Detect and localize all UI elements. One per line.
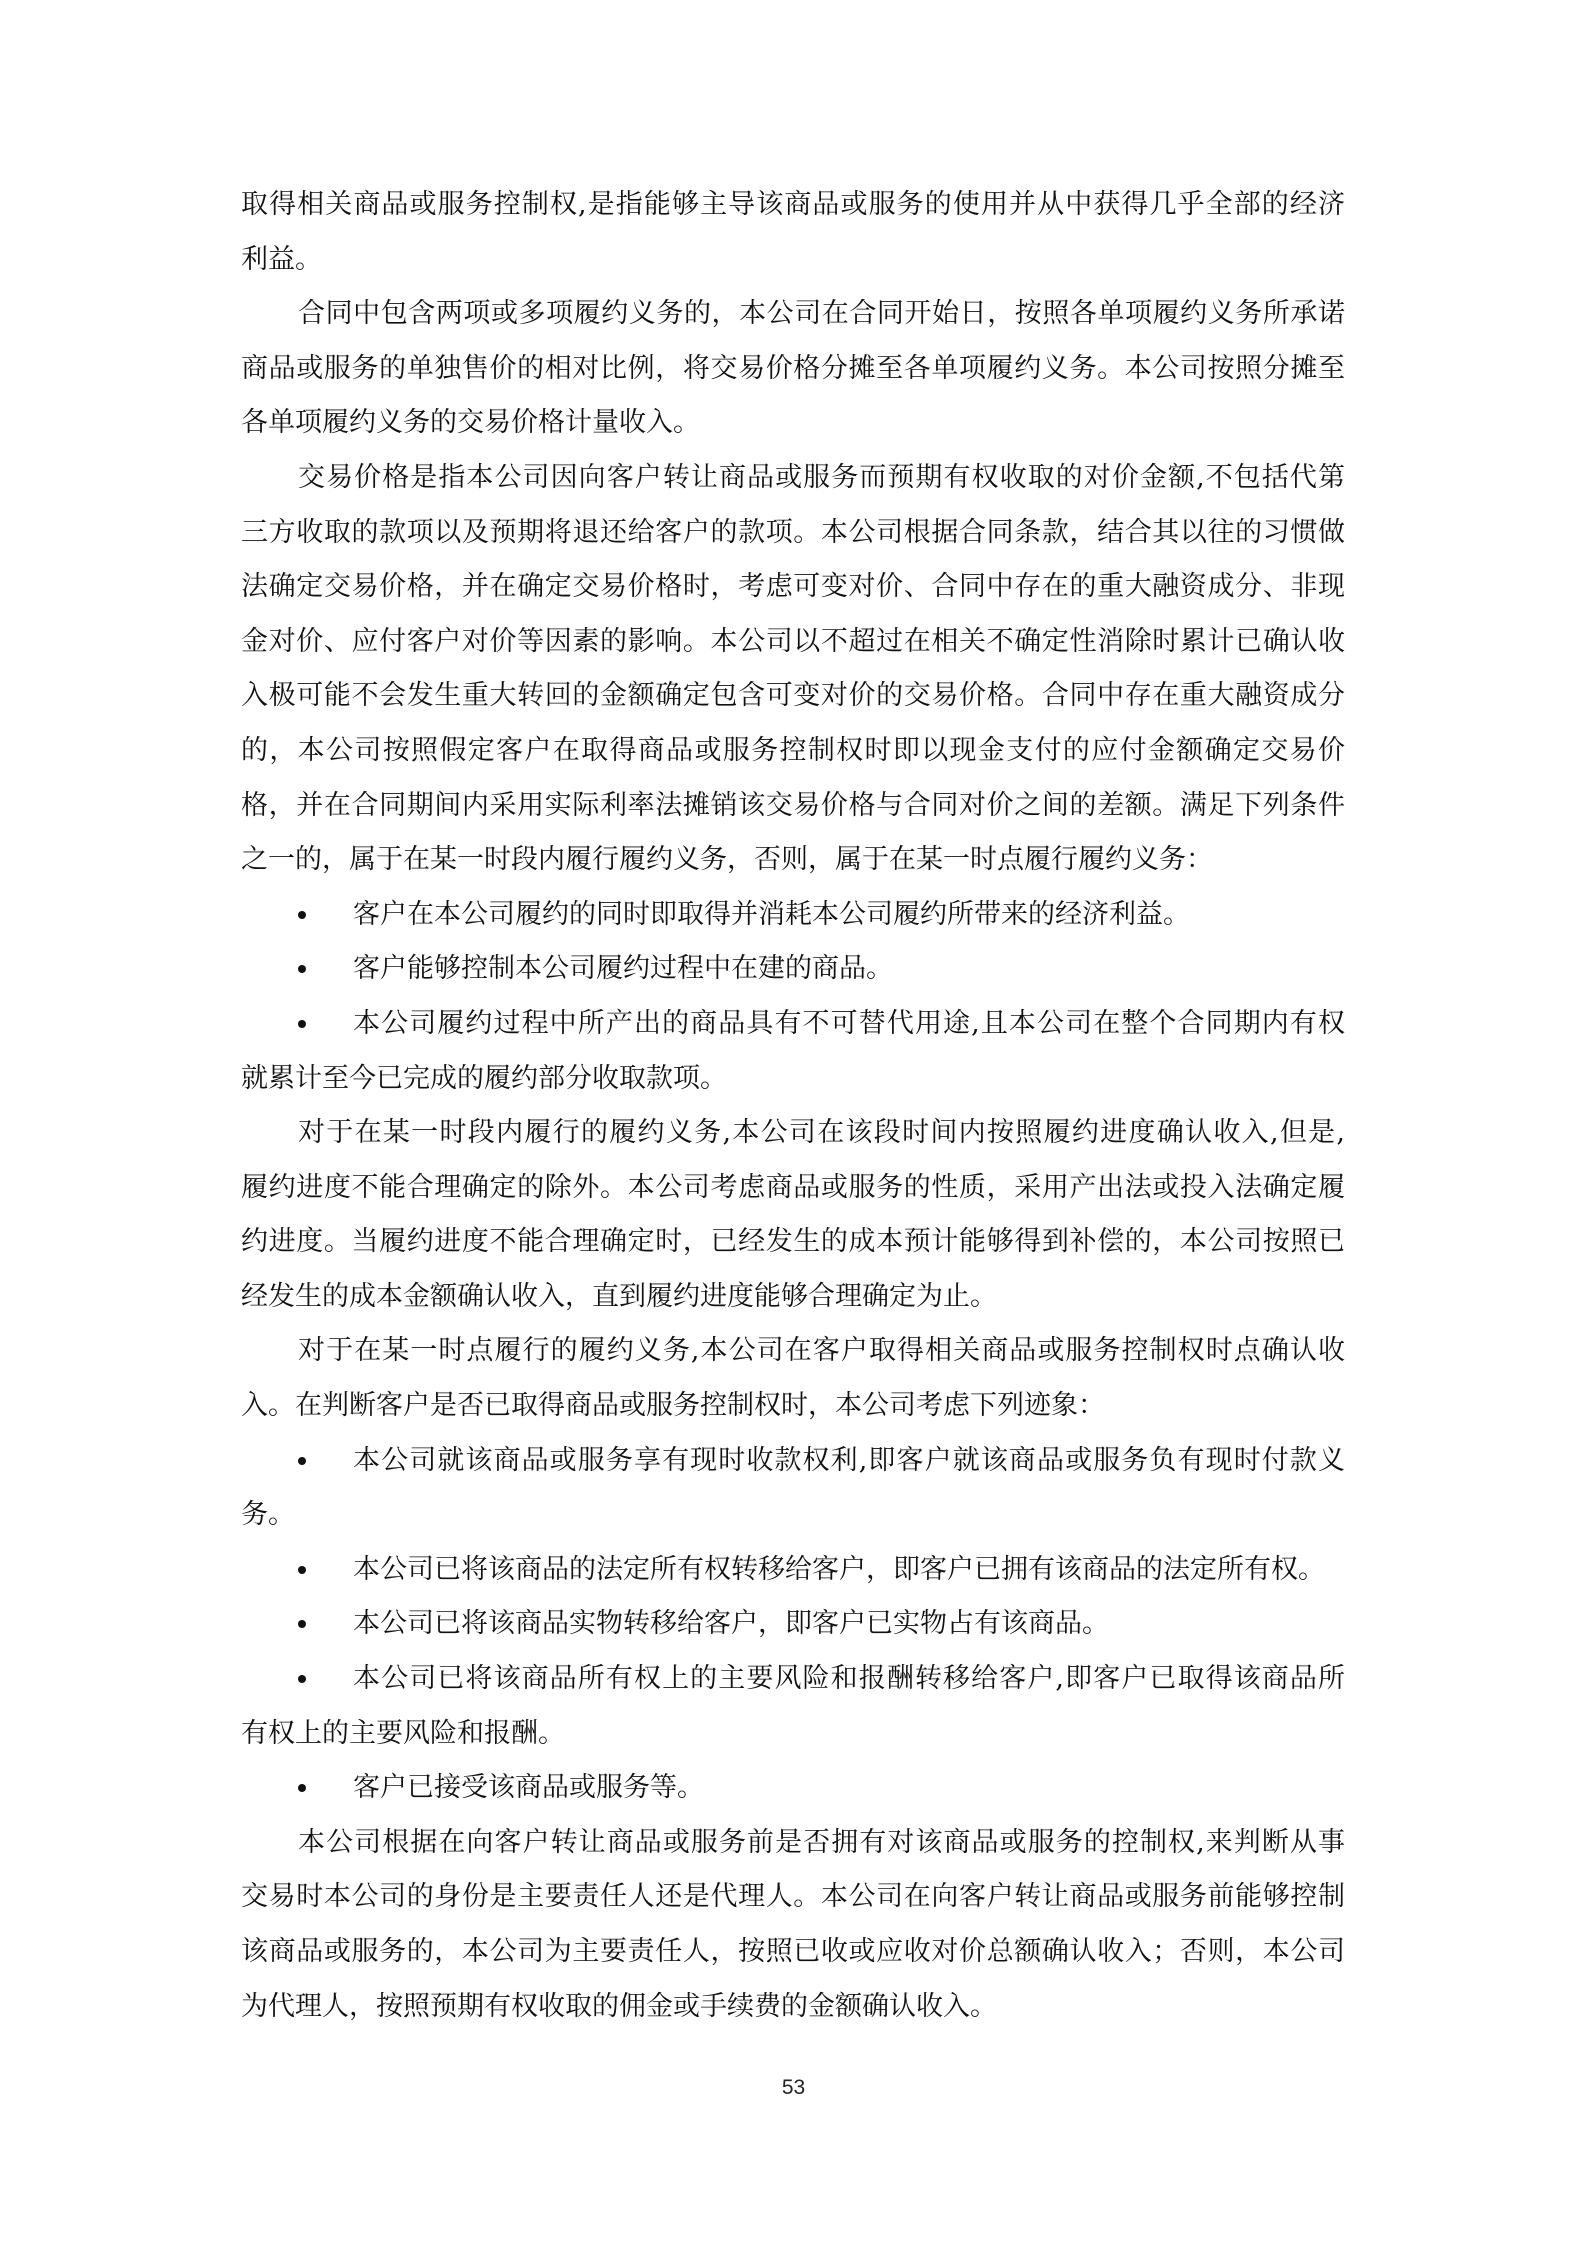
bullet-list-item-line: 本公司已将该商品实物转移给客户，即客户已实物占有该商品。 bbox=[241, 1601, 1345, 1656]
paragraph-line: 交易时本公司的身份是主要责任人还是代理人。本公司在向客户转让商品或服务前能够控制 bbox=[241, 1874, 1345, 1929]
bullet-icon bbox=[298, 1784, 306, 1792]
line-text: 三方收取的款项以及预期将退还给客户的款项。本公司根据合同条款，结合其以往的习惯做 bbox=[241, 510, 1345, 556]
bullet-list-item-line: 客户在本公司履约的同时即取得并消耗本公司履约所带来的经济利益。 bbox=[241, 892, 1345, 947]
paragraph-line: 之一的，属于在某一时段内履行履约义务，否则，属于在某一时点履行履约义务： bbox=[241, 837, 1345, 892]
paragraph-line: 履约进度不能合理确定的除外。本公司考虑商品或服务的性质，采用产出法或投入法确定履 bbox=[241, 1165, 1345, 1220]
line-text: 本公司就该商品或服务享有现时收款权利,即客户就该商品或服务负有现时付款义 bbox=[353, 1438, 1345, 1484]
page-number: 53 bbox=[0, 2076, 1587, 2100]
bullet-icon bbox=[298, 1566, 306, 1574]
line-text: 履约进度不能合理确定的除外。本公司考虑商品或服务的性质，采用产出法或投入法确定履 bbox=[241, 1165, 1345, 1211]
line-text: 对于在某一时点履行的履约义务,本公司在客户取得相关商品或服务控制权时点确认收 bbox=[298, 1328, 1345, 1374]
paragraph-line: 格，并在合同期间内采用实际利率法摊销该交易价格与合同对价之间的差额。满足下列条件 bbox=[241, 783, 1345, 838]
line-text: 法确定交易价格，并在确定交易价格时，考虑可变对价、合同中存在的重大融资成分、非现 bbox=[241, 564, 1345, 610]
bullet-icon bbox=[298, 1457, 306, 1465]
line-text: 有权上的主要风险和报酬。 bbox=[241, 1711, 1345, 1757]
document-body: 取得相关商品或服务控制权,是指能够主导该商品或服务的使用并从中获得几乎全部的经济… bbox=[241, 182, 1345, 2038]
line-text: 的，本公司按照假定客户在取得商品或服务控制权时即以现金支付的应付金额确定交易价 bbox=[241, 728, 1345, 774]
bullet-list-item-line: 本公司就该商品或服务享有现时收款权利,即客户就该商品或服务负有现时付款义 bbox=[241, 1438, 1345, 1493]
line-text: 约进度。当履约进度不能合理确定时，已经发生的成本预计能够得到补偿的，本公司按照已 bbox=[241, 1219, 1345, 1265]
paragraph-line: 法确定交易价格，并在确定交易价格时，考虑可变对价、合同中存在的重大融资成分、非现 bbox=[241, 564, 1345, 619]
paragraph-line: 金对价、应付客户对价等因素的影响。本公司以不超过在相关不确定性消除时累计已确认收 bbox=[241, 619, 1345, 674]
line-text: 客户已接受该商品或服务等。 bbox=[353, 1765, 1345, 1811]
paragraph-line: 就累计至今已完成的履约部分收取款项。 bbox=[241, 1056, 1345, 1111]
paragraph-line: 各单项履约义务的交易价格计量收入。 bbox=[241, 400, 1345, 455]
bullet-list-item-line: 本公司已将该商品的法定所有权转移给客户，即客户已拥有该商品的法定所有权。 bbox=[241, 1547, 1345, 1602]
line-text: 本公司履约过程中所产出的商品具有不可替代用途,且本公司在整个合同期内有权 bbox=[353, 1001, 1345, 1047]
bullet-list-item-line: 本公司已将该商品所有权上的主要风险和报酬转移给客户,即客户已取得该商品所 bbox=[241, 1656, 1345, 1711]
paragraph-line: 为代理人，按照预期有权收取的佣金或手续费的金额确认收入。 bbox=[241, 1984, 1345, 2039]
paragraph-line: 入极可能不会发生重大转回的金额确定包含可变对价的交易价格。合同中存在重大融资成分 bbox=[241, 673, 1345, 728]
line-text: 对于在某一时段内履行的履约义务,本公司在该段时间内按照履约进度确认收入,但是, bbox=[298, 1110, 1345, 1156]
line-text: 交易价格是指本公司因向客户转让商品或服务而预期有权收取的对价金额,不包括代第 bbox=[298, 455, 1345, 501]
paragraph-line: 经发生的成本金额确认收入，直到履约进度能够合理确定为止。 bbox=[241, 1274, 1345, 1329]
paragraph-line: 商品或服务的单独售价的相对比例，将交易价格分摊至各单项履约义务。本公司按照分摊至 bbox=[241, 346, 1345, 401]
paragraph-line: 对于在某一时段内履行的履约义务,本公司在该段时间内按照履约进度确认收入,但是, bbox=[241, 1110, 1345, 1165]
paragraph-line: 该商品或服务的，本公司为主要责任人，按照已收或应收对价总额确认收入；否则，本公司 bbox=[241, 1929, 1345, 1984]
line-text: 客户能够控制本公司履约过程中在建的商品。 bbox=[353, 946, 1345, 992]
document-page: 取得相关商品或服务控制权,是指能够主导该商品或服务的使用并从中获得几乎全部的经济… bbox=[0, 0, 1587, 2245]
line-text: 取得相关商品或服务控制权,是指能够主导该商品或服务的使用并从中获得几乎全部的经济 bbox=[241, 182, 1345, 228]
paragraph-line: 利益。 bbox=[241, 237, 1345, 292]
line-text: 经发生的成本金额确认收入，直到履约进度能够合理确定为止。 bbox=[241, 1274, 1345, 1320]
line-text: 商品或服务的单独售价的相对比例，将交易价格分摊至各单项履约义务。本公司按照分摊至 bbox=[241, 346, 1345, 392]
line-text: 入极可能不会发生重大转回的金额确定包含可变对价的交易价格。合同中存在重大融资成分 bbox=[241, 673, 1345, 719]
bullet-list-item-line: 客户已接受该商品或服务等。 bbox=[241, 1765, 1345, 1820]
line-text: 利益。 bbox=[241, 237, 1345, 283]
line-text: 入。在判断客户是否已取得商品或服务控制权时，本公司考虑下列迹象： bbox=[241, 1383, 1345, 1429]
paragraph-line: 务。 bbox=[241, 1492, 1345, 1547]
line-text: 为代理人，按照预期有权收取的佣金或手续费的金额确认收入。 bbox=[241, 1984, 1345, 2030]
bullet-icon bbox=[298, 1675, 306, 1683]
bullet-icon bbox=[298, 965, 306, 973]
paragraph-line: 交易价格是指本公司因向客户转让商品或服务而预期有权收取的对价金额,不包括代第 bbox=[241, 455, 1345, 510]
line-text: 合同中包含两项或多项履约义务的，本公司在合同开始日，按照各单项履约义务所承诺 bbox=[298, 291, 1345, 337]
line-text: 各单项履约义务的交易价格计量收入。 bbox=[241, 400, 1345, 446]
paragraph-line: 本公司根据在向客户转让商品或服务前是否拥有对该商品或服务的控制权,来判断从事 bbox=[241, 1820, 1345, 1875]
paragraph-line: 合同中包含两项或多项履约义务的，本公司在合同开始日，按照各单项履约义务所承诺 bbox=[241, 291, 1345, 346]
line-text: 客户在本公司履约的同时即取得并消耗本公司履约所带来的经济利益。 bbox=[353, 892, 1345, 938]
paragraph-line: 入。在判断客户是否已取得商品或服务控制权时，本公司考虑下列迹象： bbox=[241, 1383, 1345, 1438]
paragraph-line: 有权上的主要风险和报酬。 bbox=[241, 1711, 1345, 1766]
paragraph-line: 对于在某一时点履行的履约义务,本公司在客户取得相关商品或服务控制权时点确认收 bbox=[241, 1328, 1345, 1383]
line-text: 务。 bbox=[241, 1492, 1345, 1538]
line-text: 之一的，属于在某一时段内履行履约义务，否则，属于在某一时点履行履约义务： bbox=[241, 837, 1345, 883]
bullet-list-item-line: 本公司履约过程中所产出的商品具有不可替代用途,且本公司在整个合同期内有权 bbox=[241, 1001, 1345, 1056]
bullet-icon bbox=[298, 911, 306, 919]
line-text: 本公司已将该商品实物转移给客户，即客户已实物占有该商品。 bbox=[353, 1601, 1345, 1647]
line-text: 本公司根据在向客户转让商品或服务前是否拥有对该商品或服务的控制权,来判断从事 bbox=[298, 1820, 1345, 1866]
line-text: 金对价、应付客户对价等因素的影响。本公司以不超过在相关不确定性消除时累计已确认收 bbox=[241, 619, 1345, 665]
bullet-icon bbox=[298, 1020, 306, 1028]
paragraph-line: 的，本公司按照假定客户在取得商品或服务控制权时即以现金支付的应付金额确定交易价 bbox=[241, 728, 1345, 783]
paragraph-line: 三方收取的款项以及预期将退还给客户的款项。本公司根据合同条款，结合其以往的习惯做 bbox=[241, 510, 1345, 565]
line-text: 就累计至今已完成的履约部分收取款项。 bbox=[241, 1056, 1345, 1102]
line-text: 本公司已将该商品所有权上的主要风险和报酬转移给客户,即客户已取得该商品所 bbox=[353, 1656, 1345, 1702]
bullet-list-item-line: 客户能够控制本公司履约过程中在建的商品。 bbox=[241, 946, 1345, 1001]
paragraph-line: 取得相关商品或服务控制权,是指能够主导该商品或服务的使用并从中获得几乎全部的经济 bbox=[241, 182, 1345, 237]
line-text: 交易时本公司的身份是主要责任人还是代理人。本公司在向客户转让商品或服务前能够控制 bbox=[241, 1874, 1345, 1920]
paragraph-line: 约进度。当履约进度不能合理确定时，已经发生的成本预计能够得到补偿的，本公司按照已 bbox=[241, 1219, 1345, 1274]
line-text: 格，并在合同期间内采用实际利率法摊销该交易价格与合同对价之间的差额。满足下列条件 bbox=[241, 783, 1345, 829]
bullet-icon bbox=[298, 1620, 306, 1628]
line-text: 本公司已将该商品的法定所有权转移给客户，即客户已拥有该商品的法定所有权。 bbox=[353, 1547, 1345, 1593]
line-text: 该商品或服务的，本公司为主要责任人，按照已收或应收对价总额确认收入；否则，本公司 bbox=[241, 1929, 1345, 1975]
